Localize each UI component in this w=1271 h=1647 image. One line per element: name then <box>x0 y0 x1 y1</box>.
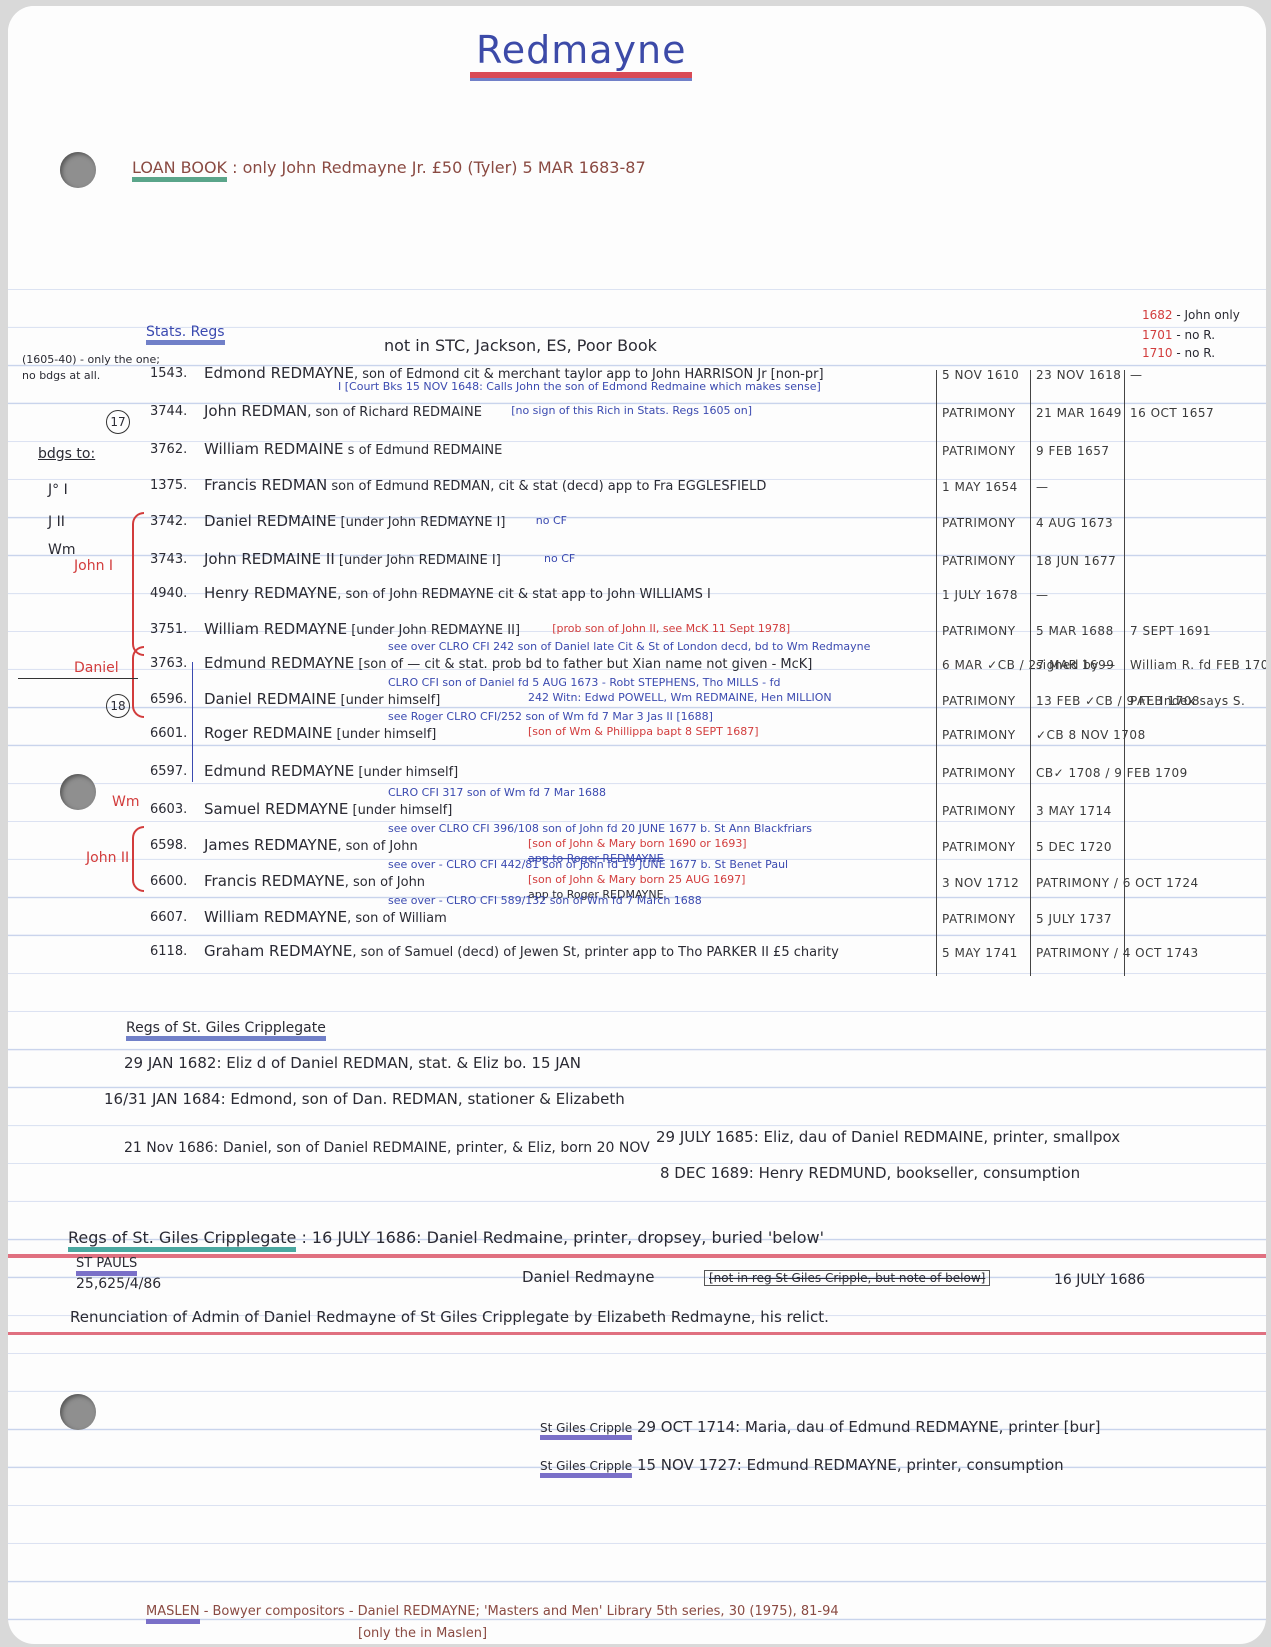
entry-text: Francis REDMAYNE, son of John <box>204 872 425 890</box>
entry-number: 6118. <box>150 944 187 959</box>
entry-text: James REDMAYNE, son of John <box>204 836 418 854</box>
entry-name: William REDMAYNE <box>204 620 347 638</box>
loan-book-label: LOAN BOOK <box>132 158 227 182</box>
st-giles-cripple-text: 15 NOV 1727: Edmund REDMAYNE, printer, c… <box>637 1456 1064 1474</box>
entry-name: William REDMAINE <box>204 440 344 458</box>
entry-text: John REDMAN, son of Richard REDMAINE <box>204 402 482 420</box>
st-pauls-label: ST PAULS <box>76 1256 137 1271</box>
entry-text: Daniel REDMAINE [under himself] <box>204 690 440 708</box>
cell-date-2: 18 JUN 1677 <box>1036 554 1116 568</box>
bdgs-label: bdgs to: <box>38 446 95 462</box>
bdgs-item: Wm <box>48 542 75 558</box>
side-note: 1701 - no R. <box>1142 328 1215 342</box>
entry-number: 3763. <box>150 656 187 671</box>
entry-desc: [under John REDMAYNE I] <box>336 515 505 530</box>
entry-text: Daniel REDMAINE [under John REDMAYNE I] <box>204 512 505 530</box>
bracket <box>132 646 144 718</box>
cell-date-1: PATRIMONY <box>942 516 1016 530</box>
maslen-text: - Bowyer compositors - Daniel REDMAYNE; … <box>204 1604 839 1619</box>
st-giles-heading: Regs of St. Giles Cripplegate <box>126 1020 326 1036</box>
red-rule <box>8 1332 1266 1335</box>
loan-book-line: LOAN BOOK : only John Redmayne Jr. £50 (… <box>132 158 646 177</box>
entry-number: 6607. <box>150 910 187 925</box>
st-giles-cripple-text: 29 OCT 1714: Maria, dau of Edmund REDMAY… <box>637 1418 1101 1436</box>
cell-date-1: PATRIMONY <box>942 554 1016 568</box>
entry-note: [prob son of John II, see McK 11 Sept 19… <box>552 622 790 635</box>
cell-date-1: PATRIMONY <box>942 444 1016 458</box>
side-note: 1682 - John only <box>1142 308 1240 322</box>
page-title: Redmayne <box>470 28 692 78</box>
entry-name: Samuel REDMAYNE <box>204 800 348 818</box>
cell-note: — <box>1130 368 1143 382</box>
st-pauls-struck-note: [not in reg St Giles Cripple, but note o… <box>704 1270 990 1286</box>
entry-desc: [under himself] <box>354 765 458 780</box>
entry-note: see over - CLRO CFI 442/81 son of John f… <box>388 858 788 871</box>
entry-note: [son of Wm & Phillippa bapt 8 SEPT 1687] <box>528 725 759 738</box>
entry-number: 4940. <box>150 586 187 601</box>
st-giles-burial-text: : 16 JULY 1686: Daniel Redmaine, printer… <box>301 1228 824 1247</box>
entry-desc: [under John REDMAINE I] <box>335 553 501 568</box>
binder-hole <box>60 1394 96 1430</box>
entry-number: 3743. <box>150 552 187 567</box>
entry-name: Henry REDMAYNE <box>204 584 337 602</box>
cell-date-2: 9 FEB 1657 <box>1036 444 1110 458</box>
entry-name: Daniel REDMAINE <box>204 690 336 708</box>
cell-date-2: 23 NOV 1618 <box>1036 368 1121 382</box>
entry-note: 242 Witn: Edwd POWELL, Wm REDMAINE, Hen … <box>528 691 832 704</box>
bdgs-item: J II <box>48 514 65 530</box>
circled-number: 18 <box>106 694 130 718</box>
entry-name: John REDMAINE II <box>204 550 335 568</box>
cell-date-1: 1 MAY 1654 <box>942 480 1018 494</box>
cell-date-2: 4 AUG 1673 <box>1036 516 1113 530</box>
cell-date-2: signed by — <box>1036 658 1116 672</box>
entry-note: [son of John & Mary born 25 AUG 1697] <box>528 873 745 886</box>
entry-name: Daniel REDMAINE <box>204 512 336 530</box>
entry-name: Edmond REDMAYNE <box>204 364 354 382</box>
entry-name: John REDMAN <box>204 402 307 420</box>
connector-line <box>192 662 193 782</box>
loan-book-text: : only John Redmayne Jr. £50 (Tyler) 5 M… <box>232 158 646 177</box>
entry-name: Francis REDMAYNE <box>204 872 345 890</box>
maslen-label: MASLEN <box>146 1604 200 1624</box>
cell-date-2: 5 MAR 1688 <box>1036 624 1114 638</box>
cell-note: 16 OCT 1657 <box>1130 406 1214 420</box>
side-note: 1710 - no R. <box>1142 346 1215 360</box>
cell-note: William R. fd FEB 1708 <box>1130 658 1266 672</box>
entry-note: see over CLRO CFI 396/108 son of John fd… <box>388 822 812 835</box>
st-giles-cripple-label: St Giles Cripple <box>540 1421 632 1440</box>
binder-hole <box>60 152 96 188</box>
st-giles-heading-2: Regs of St. Giles Cripplegate <box>68 1228 296 1252</box>
entry-name: Edmund REDMAYNE <box>204 762 354 780</box>
entry-desc: , son of John <box>345 875 425 890</box>
entry-number: 1543. <box>150 366 187 381</box>
entry-number: 3751. <box>150 622 187 637</box>
red-rule <box>8 1254 1266 1258</box>
entry-note: see over - CLRO CFI 589/132 son of Wm fd… <box>388 894 702 907</box>
entry-text: Samuel REDMAYNE [under himself] <box>204 800 452 818</box>
entry-note: see over CLRO CFI 242 son of Daniel late… <box>388 640 870 653</box>
bracket-label-daniel: Daniel <box>74 660 119 676</box>
entry-text: William REDMAYNE [under John REDMAYNE II… <box>204 620 520 638</box>
entry-note: no CF <box>544 552 575 565</box>
entry-desc: [under himself] <box>348 803 452 818</box>
entry-desc: son of Edmund REDMAN, cit & stat (decd) … <box>327 479 766 494</box>
bracket-label-wm: Wm <box>112 794 139 810</box>
entry-text: William REDMAYNE, son of William <box>204 908 447 926</box>
st-giles-cripple-label: St Giles Cripple <box>540 1459 632 1478</box>
stats-regs-note: not in STC, Jackson, ES, Poor Book <box>384 336 657 355</box>
bdgs-item: J° I <box>48 482 68 498</box>
bracket-label-john2: John II <box>86 850 129 866</box>
entry-desc: , son of Samuel (decd) of Jewen St, prin… <box>352 945 838 960</box>
entry-note: [son of John & Mary born 1690 or 1693] <box>528 837 747 850</box>
entry-name: Francis REDMAN <box>204 476 327 494</box>
cell-date-2: CB✓ 1708 / 9 FEB 1709 <box>1036 766 1188 780</box>
entry-note: CLRO CFI son of Daniel fd 5 AUG 1673 - R… <box>388 676 780 689</box>
entry-name: Edmund REDMAYNE <box>204 654 354 672</box>
entry-number: 6598. <box>150 838 187 853</box>
entry-name: Roger REDMAINE <box>204 724 332 742</box>
entry-desc: [under himself] <box>332 727 436 742</box>
st-giles-entry: 21 Nov 1686: Daniel, son of Daniel REDMA… <box>124 1140 650 1156</box>
cell-date-1: PATRIMONY <box>942 406 1016 420</box>
cell-date-1: PATRIMONY <box>942 840 1016 854</box>
notebook-page: Redmayne LOAN BOOK : only John Redmayne … <box>8 6 1266 1644</box>
st-pauls-date: 16 JULY 1686 <box>1054 1272 1145 1288</box>
st-pauls-name: Daniel Redmayne <box>522 1268 655 1286</box>
cell-date-2: 3 MAY 1714 <box>1036 804 1112 818</box>
cell-date-1: PATRIMONY <box>942 728 1016 742</box>
divider <box>18 678 138 679</box>
entry-desc: , son of Richard REDMAINE <box>307 405 482 420</box>
entry-text: John REDMAINE II [under John REDMAINE I] <box>204 550 501 568</box>
st-giles-burial-line: Regs of St. Giles Cripplegate : 16 JULY … <box>68 1228 824 1247</box>
entry-text: Roger REDMAINE [under himself] <box>204 724 436 742</box>
cell-date-2: 21 MAR 1649 <box>1036 406 1122 420</box>
st-pauls-renunciation: Renunciation of Admin of Daniel Redmayne… <box>70 1308 829 1326</box>
entry-note: [no sign of this Rich in Stats. Regs 160… <box>511 404 752 417</box>
binder-hole <box>60 774 96 810</box>
cell-date-2: PATRIMONY / 6 OCT 1724 <box>1036 876 1199 890</box>
cell-date-2: 5 DEC 1720 <box>1036 840 1112 854</box>
entry-text: Edmund REDMAYNE [under himself] <box>204 762 458 780</box>
cell-date-2: — <box>1036 588 1049 602</box>
entry-desc: [son of — cit & stat. prob bd to father … <box>354 657 812 672</box>
entry-number: 6601. <box>150 726 187 741</box>
entry-name: William REDMAYNE <box>204 908 347 926</box>
column-divider <box>1030 370 1031 976</box>
entry-name: Graham REDMAYNE <box>204 942 352 960</box>
bracket <box>132 512 144 656</box>
entry-text: William REDMAINE s of Edmund REDMAINE <box>204 440 502 458</box>
entry-desc: , son of William <box>347 911 447 926</box>
entry-number: 6600. <box>150 874 187 889</box>
cell-date-1: PATRIMONY <box>942 804 1016 818</box>
entry-desc: [under John REDMAYNE II] <box>347 623 520 638</box>
cell-date-2: ✓CB 8 NOV 1708 <box>1036 728 1146 742</box>
cell-date-1: 1 JULY 1678 <box>942 588 1018 602</box>
st-giles-entry: 29 JAN 1682: Eliz d of Daniel REDMAN, st… <box>124 1054 581 1072</box>
entry-text: Edmund REDMAYNE [son of — cit & stat. pr… <box>204 654 812 672</box>
entry-desc: , son of John <box>337 839 417 854</box>
entry-note: see Roger CLRO CFI/252 son of Wm fd 7 Ma… <box>388 710 713 723</box>
entry-desc: [under himself] <box>336 693 440 708</box>
entry-number: 6603. <box>150 802 187 817</box>
cell-date-2: PATRIMONY / 4 OCT 1743 <box>1036 946 1199 960</box>
entry-desc: s of Edmund REDMAINE <box>344 443 503 458</box>
cell-date-1: PATRIMONY <box>942 694 1016 708</box>
cell-note: PAT. Index says S. <box>1130 694 1245 708</box>
st-giles-cripple-line: St Giles Cripple 15 NOV 1727: Edmund RED… <box>540 1456 1064 1474</box>
margin-note: (1605-40) - only the one; no bdgs at all… <box>22 352 162 384</box>
entry-desc: , son of John REDMAYNE cit & stat app to… <box>337 587 711 602</box>
cell-date-1: PATRIMONY <box>942 912 1016 926</box>
maslen-sub: [only the in Maslen] <box>358 1626 487 1641</box>
entry-text: Francis REDMAN son of Edmund REDMAN, cit… <box>204 476 766 494</box>
st-giles-cripple-line: St Giles Cripple 29 OCT 1714: Maria, dau… <box>540 1418 1101 1436</box>
column-divider <box>936 370 937 976</box>
cell-date-2: 5 JULY 1737 <box>1036 912 1112 926</box>
title-text: Redmayne <box>470 28 692 78</box>
cell-date-2: — <box>1036 480 1049 494</box>
maslen-line: MASLEN - Bowyer compositors - Daniel RED… <box>146 1604 839 1619</box>
entry-number: 3742. <box>150 514 187 529</box>
entry-number: 6596. <box>150 692 187 707</box>
bracket <box>132 826 144 892</box>
cell-date-1: 5 MAY 1741 <box>942 946 1018 960</box>
stats-regs-heading: Stats. Regs <box>146 324 225 340</box>
st-giles-burial: 29 JULY 1685: Eliz, dau of Daniel REDMAI… <box>656 1128 1120 1146</box>
cell-date-1: 3 NOV 1712 <box>942 876 1019 890</box>
cell-date-1: PATRIMONY <box>942 624 1016 638</box>
st-giles-entry: 16/31 JAN 1684: Edmond, son of Dan. REDM… <box>104 1090 625 1108</box>
entry-number: 6597. <box>150 764 187 779</box>
entry-text: Henry REDMAYNE, son of John REDMAYNE cit… <box>204 584 711 602</box>
cell-date-1: 5 NOV 1610 <box>942 368 1019 382</box>
entry-name: James REDMAYNE <box>204 836 337 854</box>
cell-note: 7 SEPT 1691 <box>1130 624 1211 638</box>
cell-date-1: PATRIMONY <box>942 766 1016 780</box>
entry-text: Graham REDMAYNE, son of Samuel (decd) of… <box>204 942 839 960</box>
st-giles-burial: 8 DEC 1689: Henry REDMUND, bookseller, c… <box>660 1164 1080 1182</box>
st-pauls-ref: 25,625/4/86 <box>76 1276 161 1292</box>
entry-number: 1375. <box>150 478 187 493</box>
bracket-label-john1: John I <box>74 558 113 574</box>
entry-number: 3744. <box>150 404 187 419</box>
circled-number: 17 <box>106 410 130 434</box>
entry-note: no CF <box>536 514 567 527</box>
entry-note: I [Court Bks 15 NOV 1648: Calls John the… <box>338 380 821 393</box>
entry-note: CLRO CFI 317 son of Wm fd 7 Mar 1688 <box>388 786 606 799</box>
entry-number: 3762. <box>150 442 187 457</box>
